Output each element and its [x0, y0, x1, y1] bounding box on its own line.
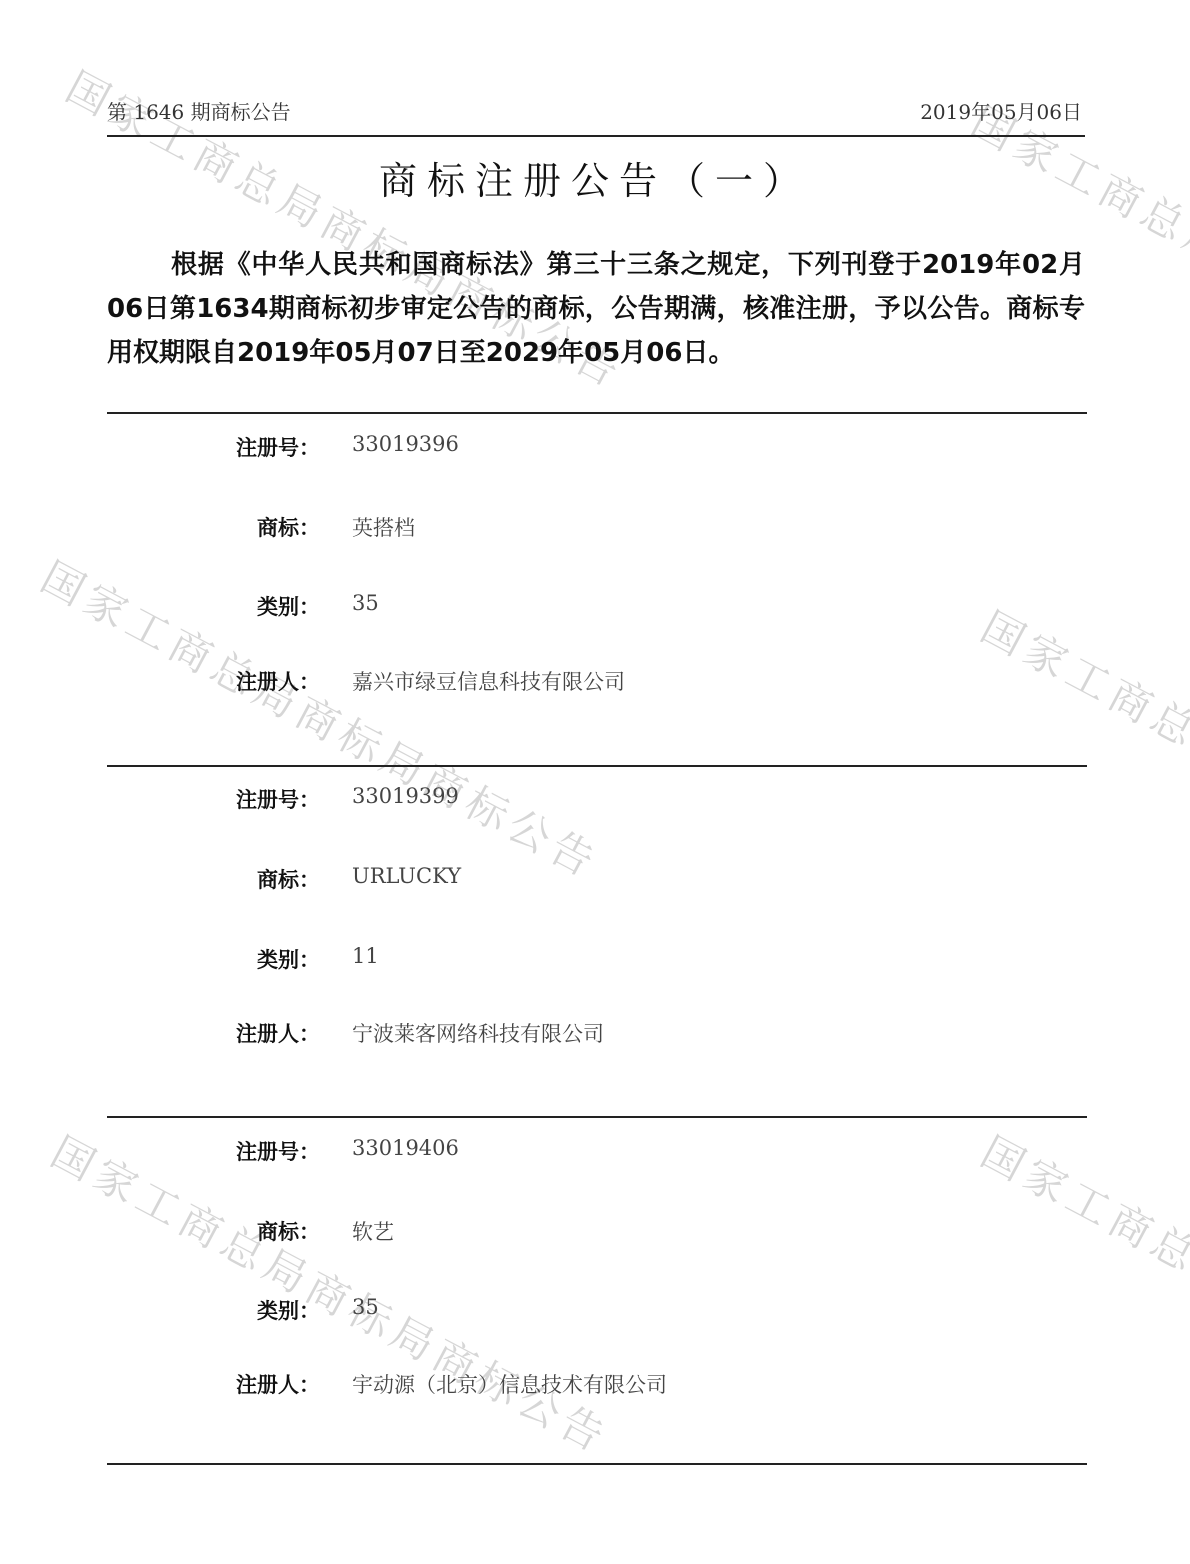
value-reg-no: 33019399 — [352, 784, 459, 808]
label-mark: 商标： — [257, 512, 320, 542]
page-title: 商标注册公告（一） — [0, 150, 1190, 205]
watermark: 国家工商总局商标局商标公告 — [42, 1120, 621, 1466]
value-registrant: 宁波莱客网络科技有限公司 — [352, 1018, 604, 1048]
entry-divider — [107, 412, 1087, 414]
header-date: 2019年05月06日 — [920, 96, 1082, 125]
label-reg-no: 注册号： — [236, 784, 320, 814]
value-mark: URLUCKY — [352, 864, 461, 888]
label-mark: 商标： — [257, 864, 320, 894]
value-reg-no: 33019396 — [352, 432, 459, 456]
value-class: 35 — [352, 1295, 379, 1319]
value-mark: 英搭档 — [352, 512, 415, 542]
value-mark: 软艺 — [352, 1216, 394, 1246]
footer-divider — [107, 1463, 1087, 1465]
label-class: 类别： — [257, 1295, 320, 1325]
entry-divider — [107, 765, 1087, 767]
label-class: 类别： — [257, 944, 320, 974]
label-reg-no: 注册号： — [236, 1136, 320, 1166]
value-reg-no: 33019406 — [352, 1136, 459, 1160]
intro-paragraph: 根据《中华人民共和国商标法》第三十三条之规定，下列刊登于2019年02月06日第… — [107, 243, 1085, 375]
entry-divider — [107, 1116, 1087, 1118]
label-registrant: 注册人： — [236, 1018, 320, 1048]
label-mark: 商标： — [257, 1216, 320, 1246]
label-registrant: 注册人： — [236, 666, 320, 696]
label-reg-no: 注册号： — [236, 432, 320, 462]
value-registrant: 宇动源（北京）信息技术有限公司 — [352, 1369, 667, 1399]
watermark: 国家工商总局商标局商标公告 — [972, 595, 1190, 941]
label-registrant: 注册人： — [236, 1369, 320, 1399]
label-class: 类别： — [257, 591, 320, 621]
value-registrant: 嘉兴市绿豆信息科技有限公司 — [352, 666, 625, 696]
value-class: 35 — [352, 591, 379, 615]
watermark: 国家工商总局商标局商标公告 — [32, 545, 611, 891]
issue-number: 第 1646 期商标公告 — [107, 96, 291, 125]
header-divider — [107, 135, 1085, 137]
watermark: 国家工商总局商标局商标公告 — [972, 1120, 1190, 1466]
value-class: 11 — [352, 944, 379, 968]
